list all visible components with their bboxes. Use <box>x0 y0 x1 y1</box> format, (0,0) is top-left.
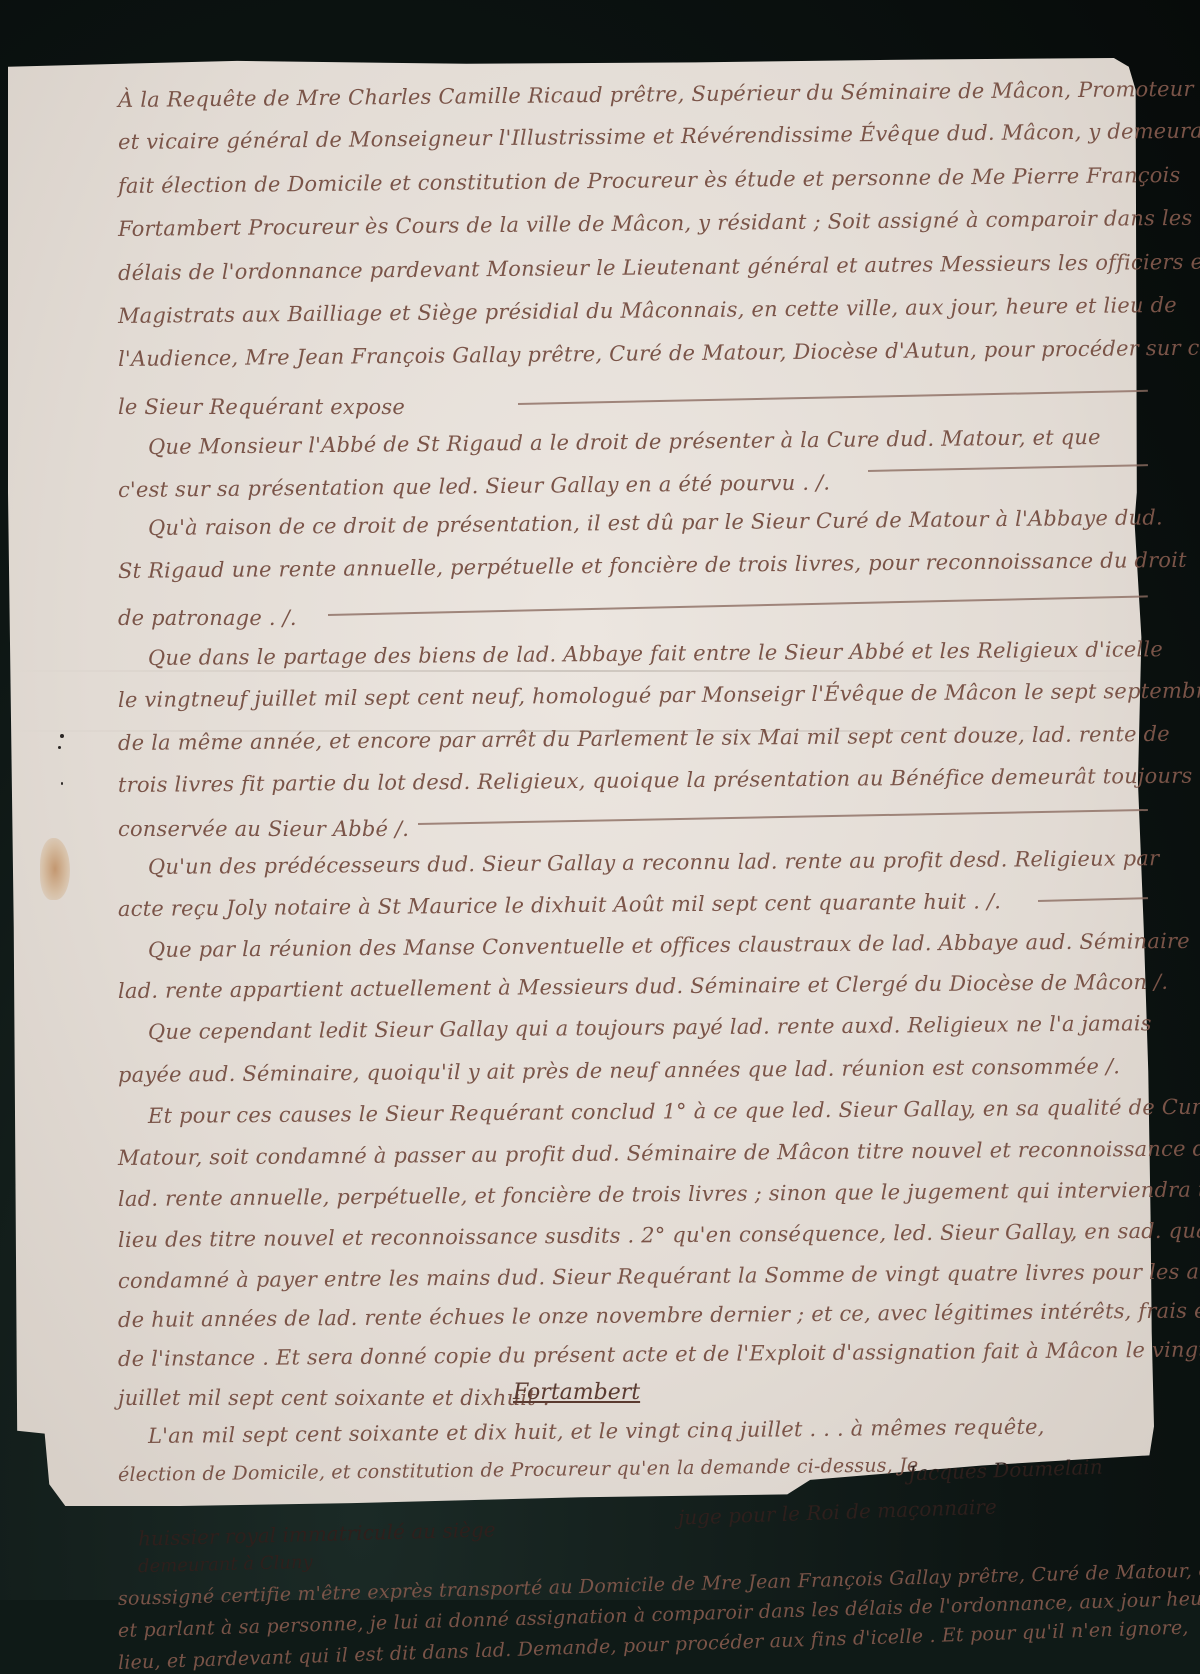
wormhole-mark <box>58 746 61 749</box>
text-line: conservée au Sieur Abbé /. <box>118 817 409 841</box>
text-line: le Sieur Requérant expose <box>118 395 405 419</box>
wormhole-mark <box>60 734 64 738</box>
text-line: juillet mil sept cent soixante et dixhui… <box>118 1386 550 1410</box>
paper-fold-line <box>8 670 1154 672</box>
foxing-stain <box>40 838 70 900</box>
wormhole-mark <box>61 782 63 785</box>
procureur-signature: Fortambert <box>513 1380 640 1405</box>
text-line: de patronage . /. <box>118 606 297 630</box>
